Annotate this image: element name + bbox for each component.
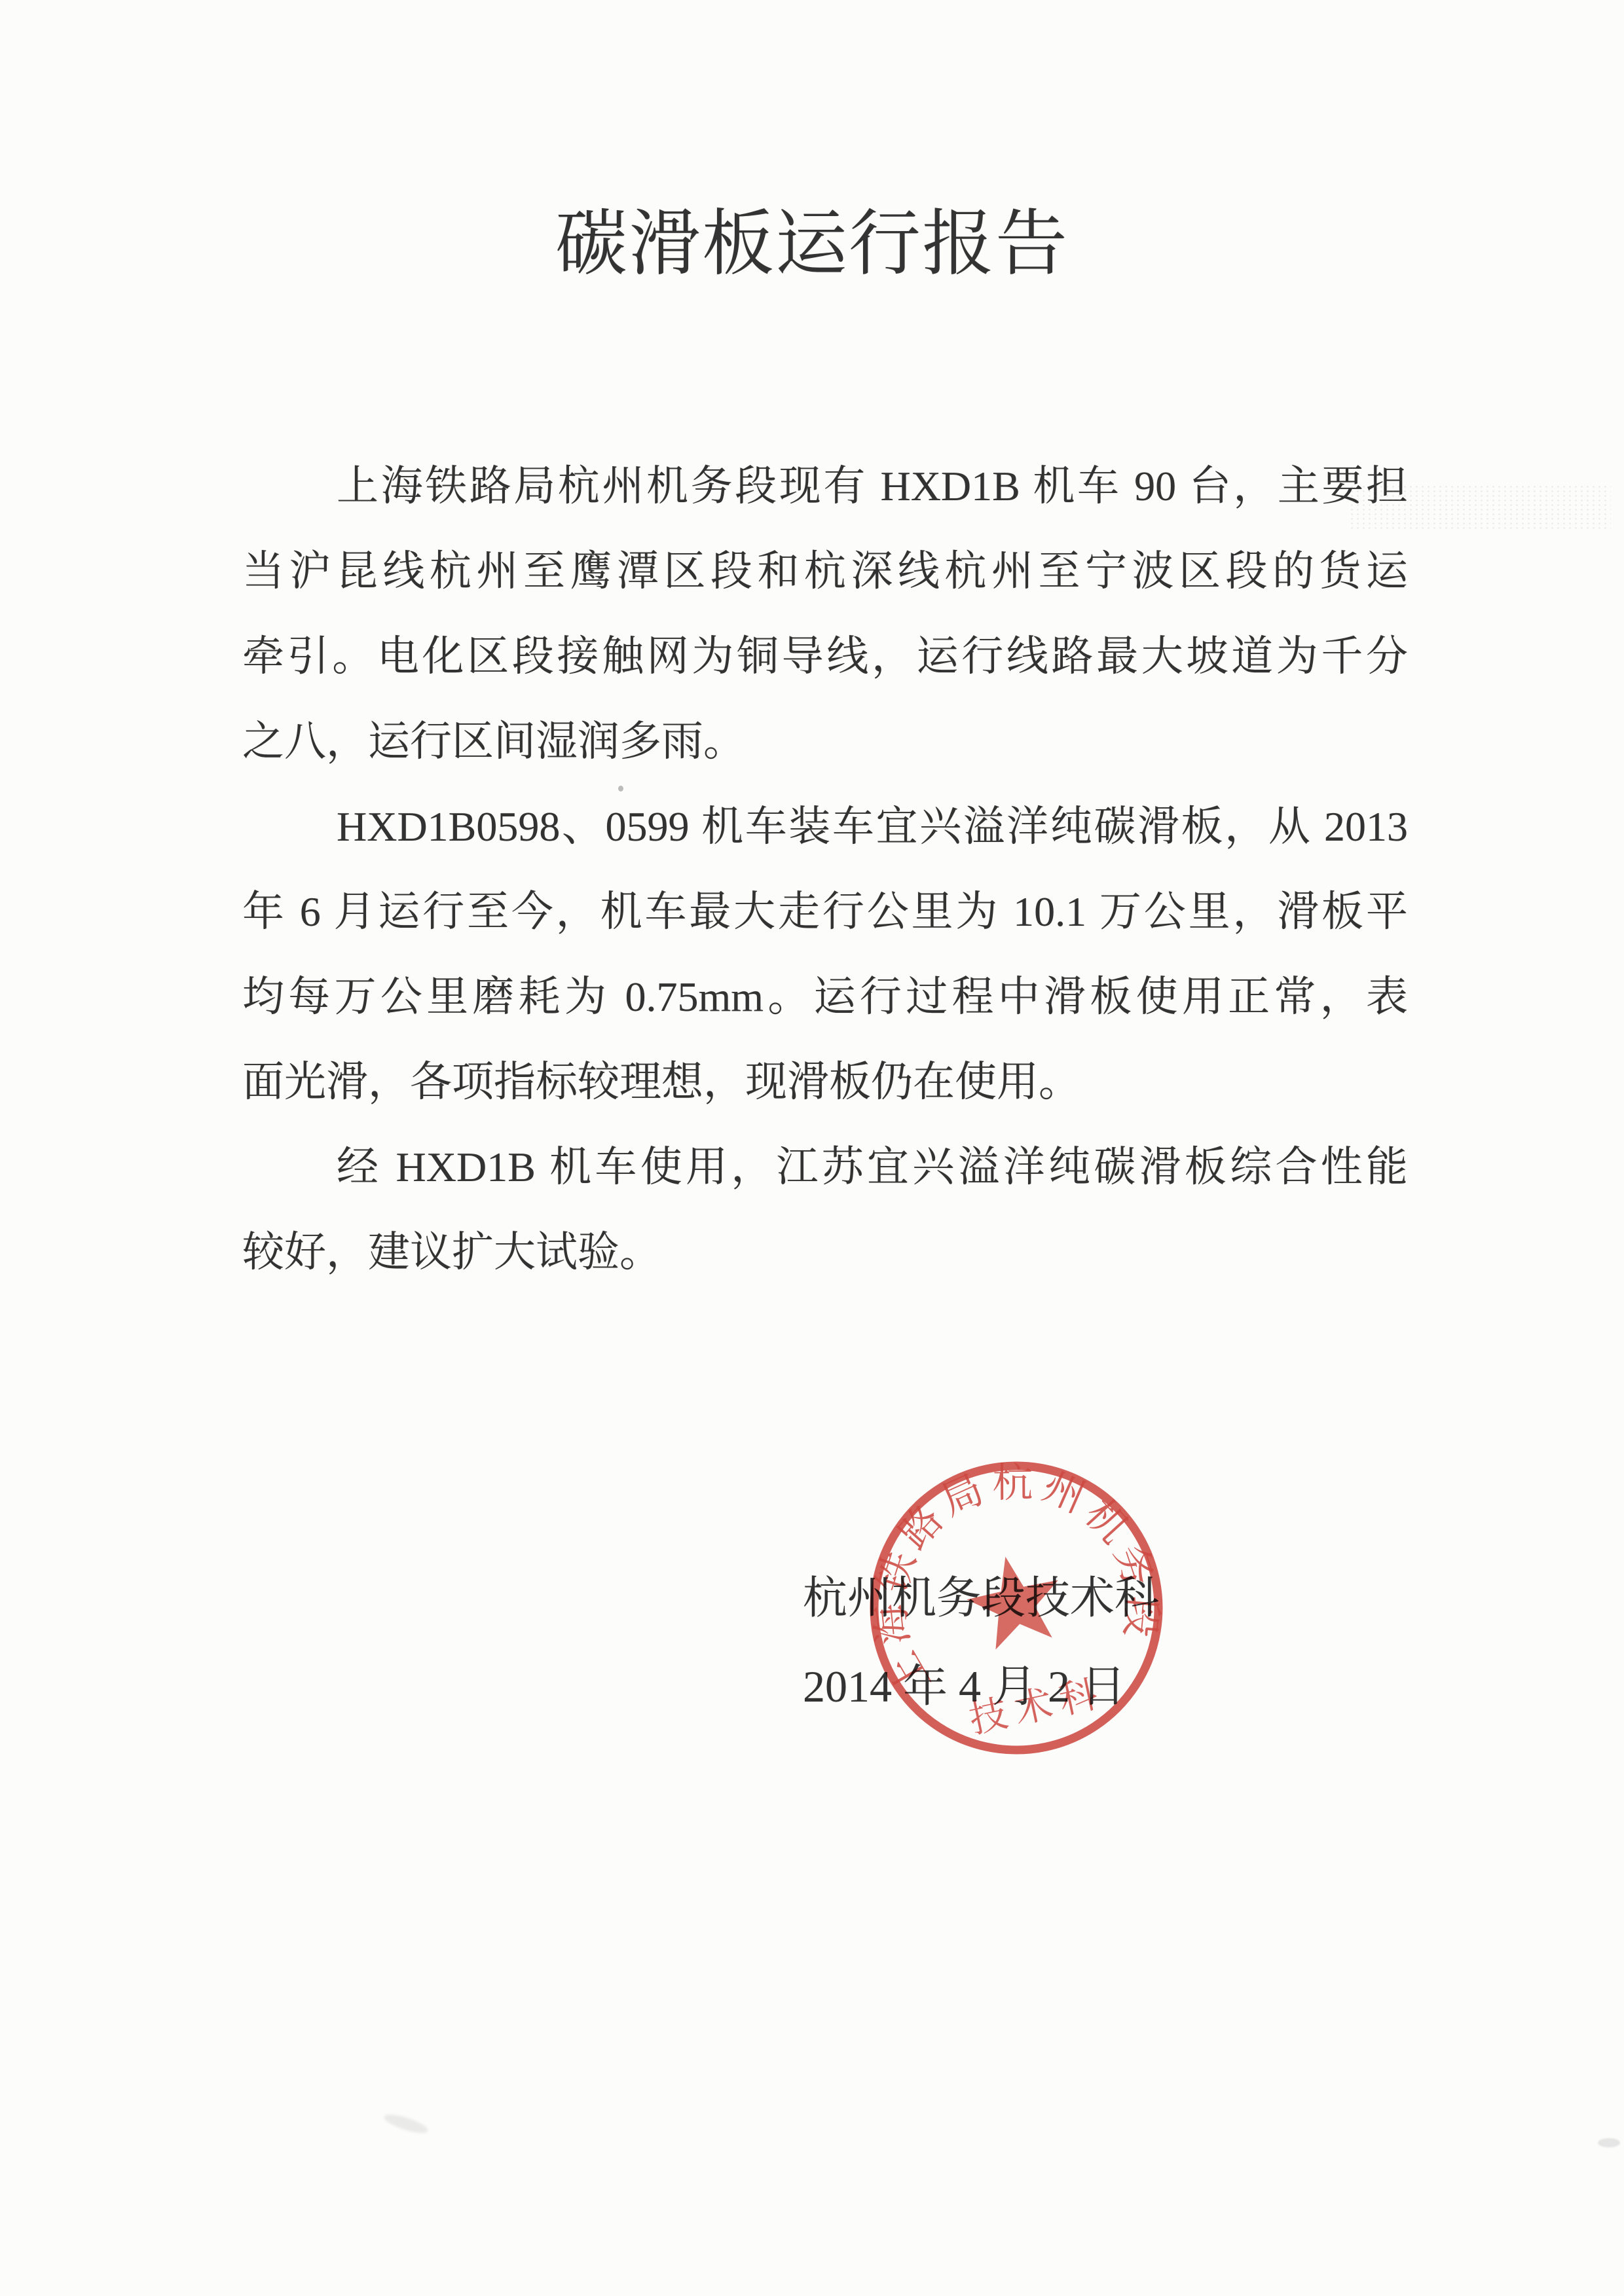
body-line: 较好，建议扩大试验。 bbox=[242, 1210, 1408, 1295]
body-line: 上海铁路局杭州机务段现有 HXD1B 机车 90 台，主要担 bbox=[242, 444, 1408, 529]
scan-noise-band bbox=[1349, 484, 1611, 530]
scan-speck bbox=[618, 786, 623, 792]
scan-speck bbox=[1598, 2138, 1620, 2147]
body-line: 经 HXD1B 机车使用，江苏宜兴溢洋纯碳滑板综合性能 bbox=[242, 1125, 1408, 1210]
document-title: 碳滑板运行报告 bbox=[0, 195, 1624, 293]
star-icon bbox=[960, 1547, 1070, 1653]
body-line: HXD1B0598、0599 机车装车宜兴溢洋纯碳滑板，从 2013 bbox=[242, 784, 1408, 869]
body-line: 牵引。电化区段接触网为铜导线，运行线路最大坡道为千分 bbox=[242, 614, 1408, 699]
scan-speck bbox=[382, 2111, 430, 2137]
scanned-report-page: 碳滑板运行报告 上海铁路局杭州机务段现有 HXD1B 机车 90 台，主要担 当… bbox=[0, 0, 1624, 2296]
document-body: 上海铁路局杭州机务段现有 HXD1B 机车 90 台，主要担 当沪昆线杭州至鹰潭… bbox=[242, 444, 1408, 1295]
body-line: 均每万公里磨耗为 0.75mm。运行过程中滑板使用正常，表 bbox=[242, 955, 1408, 1040]
body-line: 之八，运行区间湿润多雨。 bbox=[242, 699, 1408, 784]
body-line: 面光滑，各项指标较理想，现滑板仍在使用。 bbox=[242, 1040, 1408, 1125]
official-seal-stamp: 上海铁路局杭州机务段 技术科 bbox=[834, 1425, 1198, 1790]
body-line: 当沪昆线杭州至鹰潭区段和杭深线杭州至宁波区段的货运 bbox=[242, 529, 1408, 614]
body-line: 年 6 月运行至今，机车最大走行公里为 10.1 万公里，滑板平 bbox=[242, 869, 1408, 955]
